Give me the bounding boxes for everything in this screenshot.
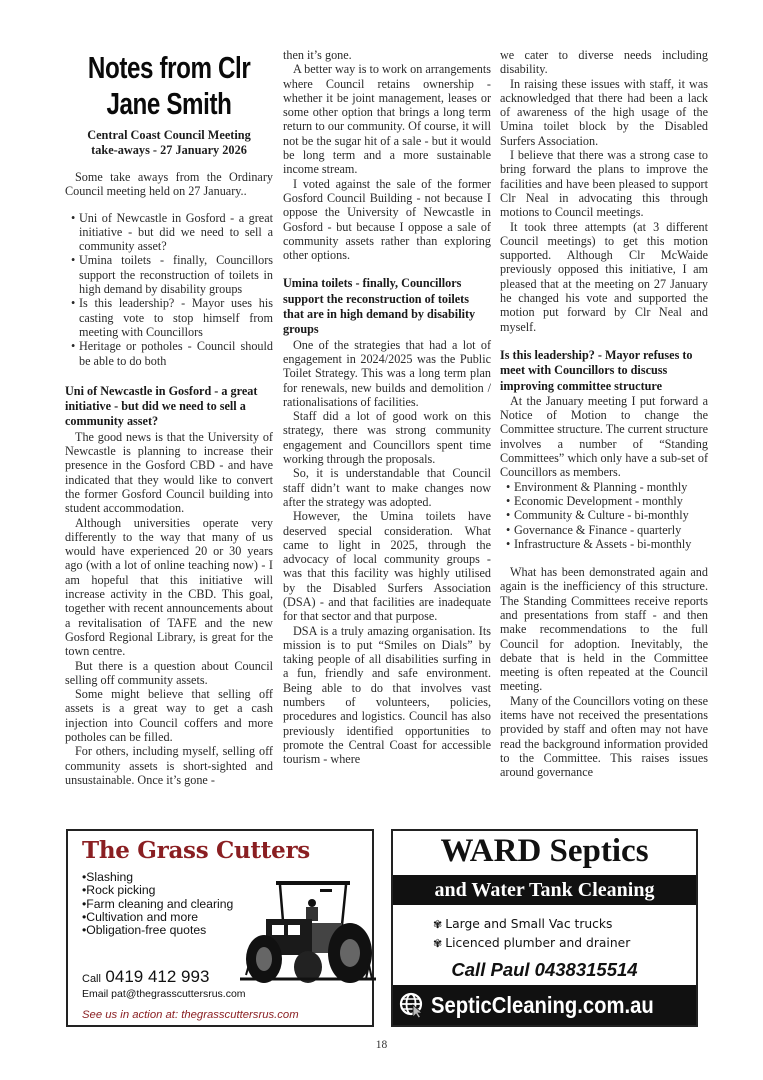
tractor-icon xyxy=(238,875,378,985)
intro-paragraph: Some take aways from the Ordinary Counci… xyxy=(65,170,273,199)
grass-cutters-phone: Call 0419 412 993 xyxy=(82,967,209,987)
summary-list: Uni of Newcastle in Gosford - a great in… xyxy=(71,211,273,368)
paragraph: The good news is that the University of … xyxy=(65,430,273,516)
section-heading-leadership: Is this leadership? - Mayor refuses to m… xyxy=(500,348,708,394)
grass-cutters-title: The Grass Cutters xyxy=(82,837,310,864)
ward-septics-website-band: SepticCleaning.com.au xyxy=(393,985,696,1025)
summary-item: Is this leadership? - Mayor uses his cas… xyxy=(71,296,273,339)
paragraph: But there is a question about Council se… xyxy=(65,659,273,688)
ward-septics-services: ✾Large and Small Vac trucks ✾Licenced pl… xyxy=(433,915,630,953)
service-item: Slashing xyxy=(82,871,233,884)
paragraph: However, the Umina toilets have deserved… xyxy=(283,509,491,623)
grass-cutters-email: Email pat@thegrasscuttersrus.com xyxy=(82,988,246,1000)
section-heading-uni: Uni of Newcastle in Gosford - a great in… xyxy=(65,384,273,430)
committee-item: Infrastructure & Assets - bi-monthly xyxy=(506,537,708,551)
paragraph: So, it is understandable that Council st… xyxy=(283,466,491,509)
service-item: Cultivation and more xyxy=(82,911,233,924)
ward-septics-website: SepticCleaning.com.au xyxy=(431,985,654,1025)
column-2: then it’s gone. A better way is to work … xyxy=(283,48,491,767)
paragraph: One of the strategies that had a lot of … xyxy=(283,338,491,409)
column-3: we cater to diverse needs including disa… xyxy=(500,48,708,780)
paragraph: At the January meeting I put forward a N… xyxy=(500,394,708,480)
ward-septics-ad: WARD Septics and Water Tank Cleaning ✾La… xyxy=(391,829,698,1027)
paragraph: I believe that there was a strong case t… xyxy=(500,148,708,219)
paragraph: Although universities operate very diffe… xyxy=(65,516,273,659)
service-item: ✾Licenced plumber and drainer xyxy=(433,934,630,953)
flower-bullet-icon: ✾ xyxy=(433,937,442,950)
grass-cutters-ad: The Grass Cutters Slashing Rock picking … xyxy=(66,829,374,1027)
page-number: 18 xyxy=(0,1039,763,1051)
paragraph: It took three attempts (at 3 different C… xyxy=(500,220,708,334)
paragraph: For others, including myself, selling of… xyxy=(65,744,273,787)
section-heading-umina: Umina toilets - finally, Councillors sup… xyxy=(283,276,491,337)
service-item: ✾Large and Small Vac trucks xyxy=(433,915,630,934)
ward-septics-subtitle: and Water Tank Cleaning xyxy=(393,875,696,905)
paragraph: A better way is to work on arrangements … xyxy=(283,62,491,176)
committee-item: Community & Culture - bi-monthly xyxy=(506,508,708,522)
grass-cutters-website: See us in action at: thegrasscuttersrus.… xyxy=(82,1009,299,1021)
summary-item: Uni of Newcastle in Gosford - a great in… xyxy=(71,211,273,254)
ward-septics-phone: Call Paul 0438315514 xyxy=(393,959,696,981)
paragraph: I voted against the sale of the former G… xyxy=(283,177,491,263)
committee-item: Environment & Planning - monthly xyxy=(506,480,708,494)
flower-bullet-icon: ✾ xyxy=(433,918,442,931)
service-item: Farm cleaning and clearing xyxy=(82,898,233,911)
ward-septics-title: WARD Septics xyxy=(393,833,696,870)
summary-item: Heritage or potholes - Council should be… xyxy=(71,339,273,368)
committee-item: Economic Development - monthly xyxy=(506,494,708,508)
article-title: Notes from Clr Jane Smith xyxy=(88,50,250,122)
grass-cutters-services: Slashing Rock picking Farm cleaning and … xyxy=(82,871,233,937)
globe-cursor-icon xyxy=(399,992,425,1018)
paragraph-continued: we cater to diverse needs including disa… xyxy=(500,48,708,77)
paragraph: What has been demonstrated again and aga… xyxy=(500,565,708,694)
committee-item: Governance & Finance - quarterly xyxy=(506,523,708,537)
committee-list: Environment & Planning - monthly Economi… xyxy=(506,480,708,551)
paragraph: DSA is a truly amazing organisation. Its… xyxy=(283,624,491,767)
article-subtitle: Central Coast Council Meeting take-aways… xyxy=(65,128,273,158)
paragraph: Some might believe that selling off asse… xyxy=(65,687,273,744)
paragraph: In raising these issues with staff, it w… xyxy=(500,77,708,148)
service-item: Obligation-free quotes xyxy=(82,924,233,937)
service-item: Rock picking xyxy=(82,884,233,897)
paragraph-continued: then it’s gone. xyxy=(283,48,491,62)
paragraph: Many of the Councillors voting on these … xyxy=(500,694,708,780)
summary-item: Umina toilets - finally, Councillors sup… xyxy=(71,253,273,296)
column-1: Notes from Clr Jane Smith Central Coast … xyxy=(65,48,273,787)
paragraph: Staff did a lot of good work on this str… xyxy=(283,409,491,466)
